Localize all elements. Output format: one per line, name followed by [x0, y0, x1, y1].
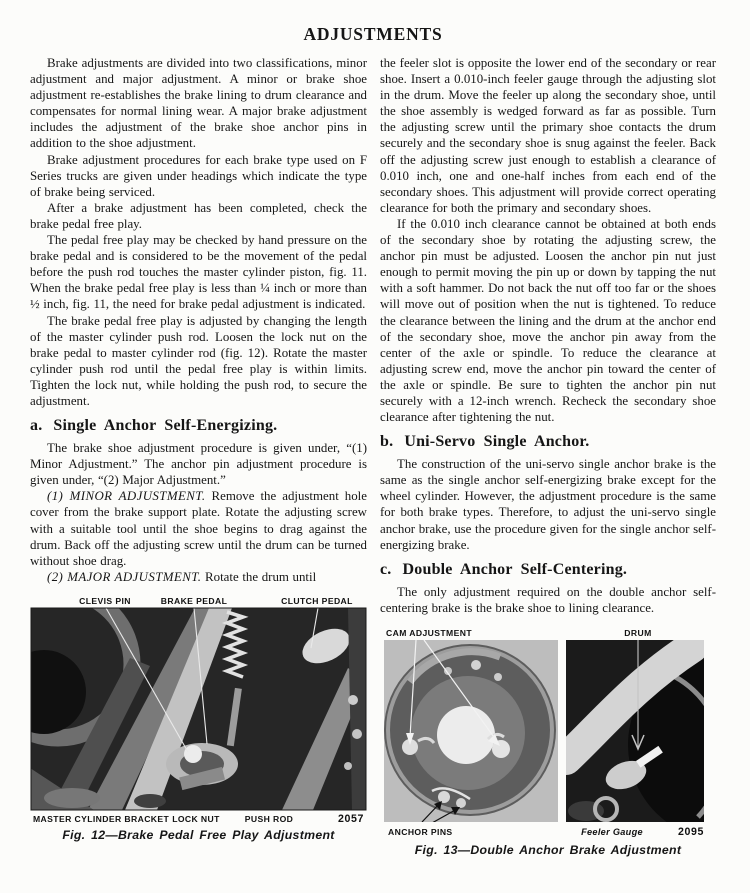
section-b-title: Uni-Servo Single Anchor.: [404, 433, 589, 450]
anchor-pin-right: [456, 798, 466, 808]
anchor-pin-paragraph: If the 0.010 inch clearance cannot be ob…: [380, 216, 716, 425]
push-rod-label: PUSH ROD: [245, 814, 294, 824]
feeler-gauge-label: Feeler Gauge: [581, 827, 643, 837]
major-adjustment-lead: (2) MAJOR ADJUSTMENT.: [47, 570, 201, 584]
major-adjustment-paragraph: (2) MAJOR ADJUSTMENT. Rotate the drum un…: [30, 569, 367, 585]
drum-label: DRUM: [624, 628, 651, 638]
major-adjustment-text: Rotate the drum until: [201, 570, 316, 584]
intro-paragraph: Brake adjustment procedures for each bra…: [30, 152, 367, 200]
figure-12-caption: Fig. 12—Brake Pedal Free Play Adjustment: [30, 828, 367, 842]
anchor-pins-label: ANCHOR PINS: [388, 827, 453, 837]
page-title: ADJUSTMENTS: [30, 24, 716, 45]
cam-adjustment-label: CAM ADJUSTMENT: [386, 628, 472, 638]
two-column-layout: Brake adjustments are divided into two c…: [30, 55, 716, 857]
section-c-title: Double Anchor Self-Centering.: [403, 561, 628, 578]
clutch-pedal-label: CLUTCH PEDAL: [281, 596, 353, 606]
figure-13: CAM ADJUSTMENT DRUM: [380, 627, 716, 857]
continued-paragraph: the feeler slot is opposite the lower en…: [380, 55, 716, 216]
backing-plate-photo: [384, 640, 558, 823]
intro-paragraph: After a brake adjustment has been comple…: [30, 200, 367, 232]
brake-pedal-photo: [30, 596, 367, 810]
section-a-prefix: a.: [30, 417, 42, 434]
drum-feeler-photo: [566, 640, 716, 841]
figure-12: CLEVIS PIN BRAKE PEDAL CLUTCH PEDAL: [30, 596, 367, 842]
intro-paragraph: The pedal free play may be checked by ha…: [30, 232, 367, 312]
photo-number-2057: 2057: [338, 813, 364, 825]
figure-12-photo: CLEVIS PIN BRAKE PEDAL CLUTCH PEDAL: [30, 596, 367, 826]
minor-adjustment-paragraph: (1) MINOR ADJUSTMENT. Remove the adjustm…: [30, 488, 367, 568]
intro-paragraph: The brake pedal free play is adjusted by…: [30, 313, 367, 410]
manual-page: ADJUSTMENTS Brake adjustments are divide…: [0, 0, 750, 893]
right-column: the feeler slot is opposite the lower en…: [380, 55, 716, 857]
clevis-pin-label: CLEVIS PIN: [79, 596, 131, 606]
section-b-heading: b.Uni-Servo Single Anchor.: [380, 433, 716, 451]
figure-13-caption: Fig. 13—Double Anchor Brake Adjustment: [380, 843, 716, 857]
section-c-prefix: c.: [380, 561, 392, 578]
section-a-heading: a.Single Anchor Self-Energizing.: [30, 417, 367, 435]
master-cylinder-bracket-label: MASTER CYLINDER BRACKET: [33, 814, 170, 824]
section-c-heading: c.Double Anchor Self-Centering.: [380, 561, 716, 579]
section-c-paragraph: The only adjustment required on the doub…: [380, 584, 716, 616]
brake-pedal-label: BRAKE PEDAL: [161, 596, 227, 606]
minor-adjustment-lead: (1) MINOR ADJUSTMENT.: [47, 489, 206, 503]
anchor-pin-left: [438, 791, 450, 803]
section-b-paragraph: The construction of the uni-servo single…: [380, 456, 716, 553]
intro-paragraph: Brake adjustments are divided into two c…: [30, 55, 367, 152]
photo-number-2095: 2095: [678, 826, 704, 838]
section-a-paragraph: The brake shoe adjustment procedure is g…: [30, 440, 367, 488]
section-b-prefix: b.: [380, 433, 393, 450]
lock-nut-label: LOCK NUT: [172, 814, 220, 824]
left-column: Brake adjustments are divided into two c…: [30, 55, 367, 857]
figure-13-photo: CAM ADJUSTMENT DRUM: [380, 627, 716, 841]
section-a-title: Single Anchor Self-Energizing.: [53, 417, 277, 434]
